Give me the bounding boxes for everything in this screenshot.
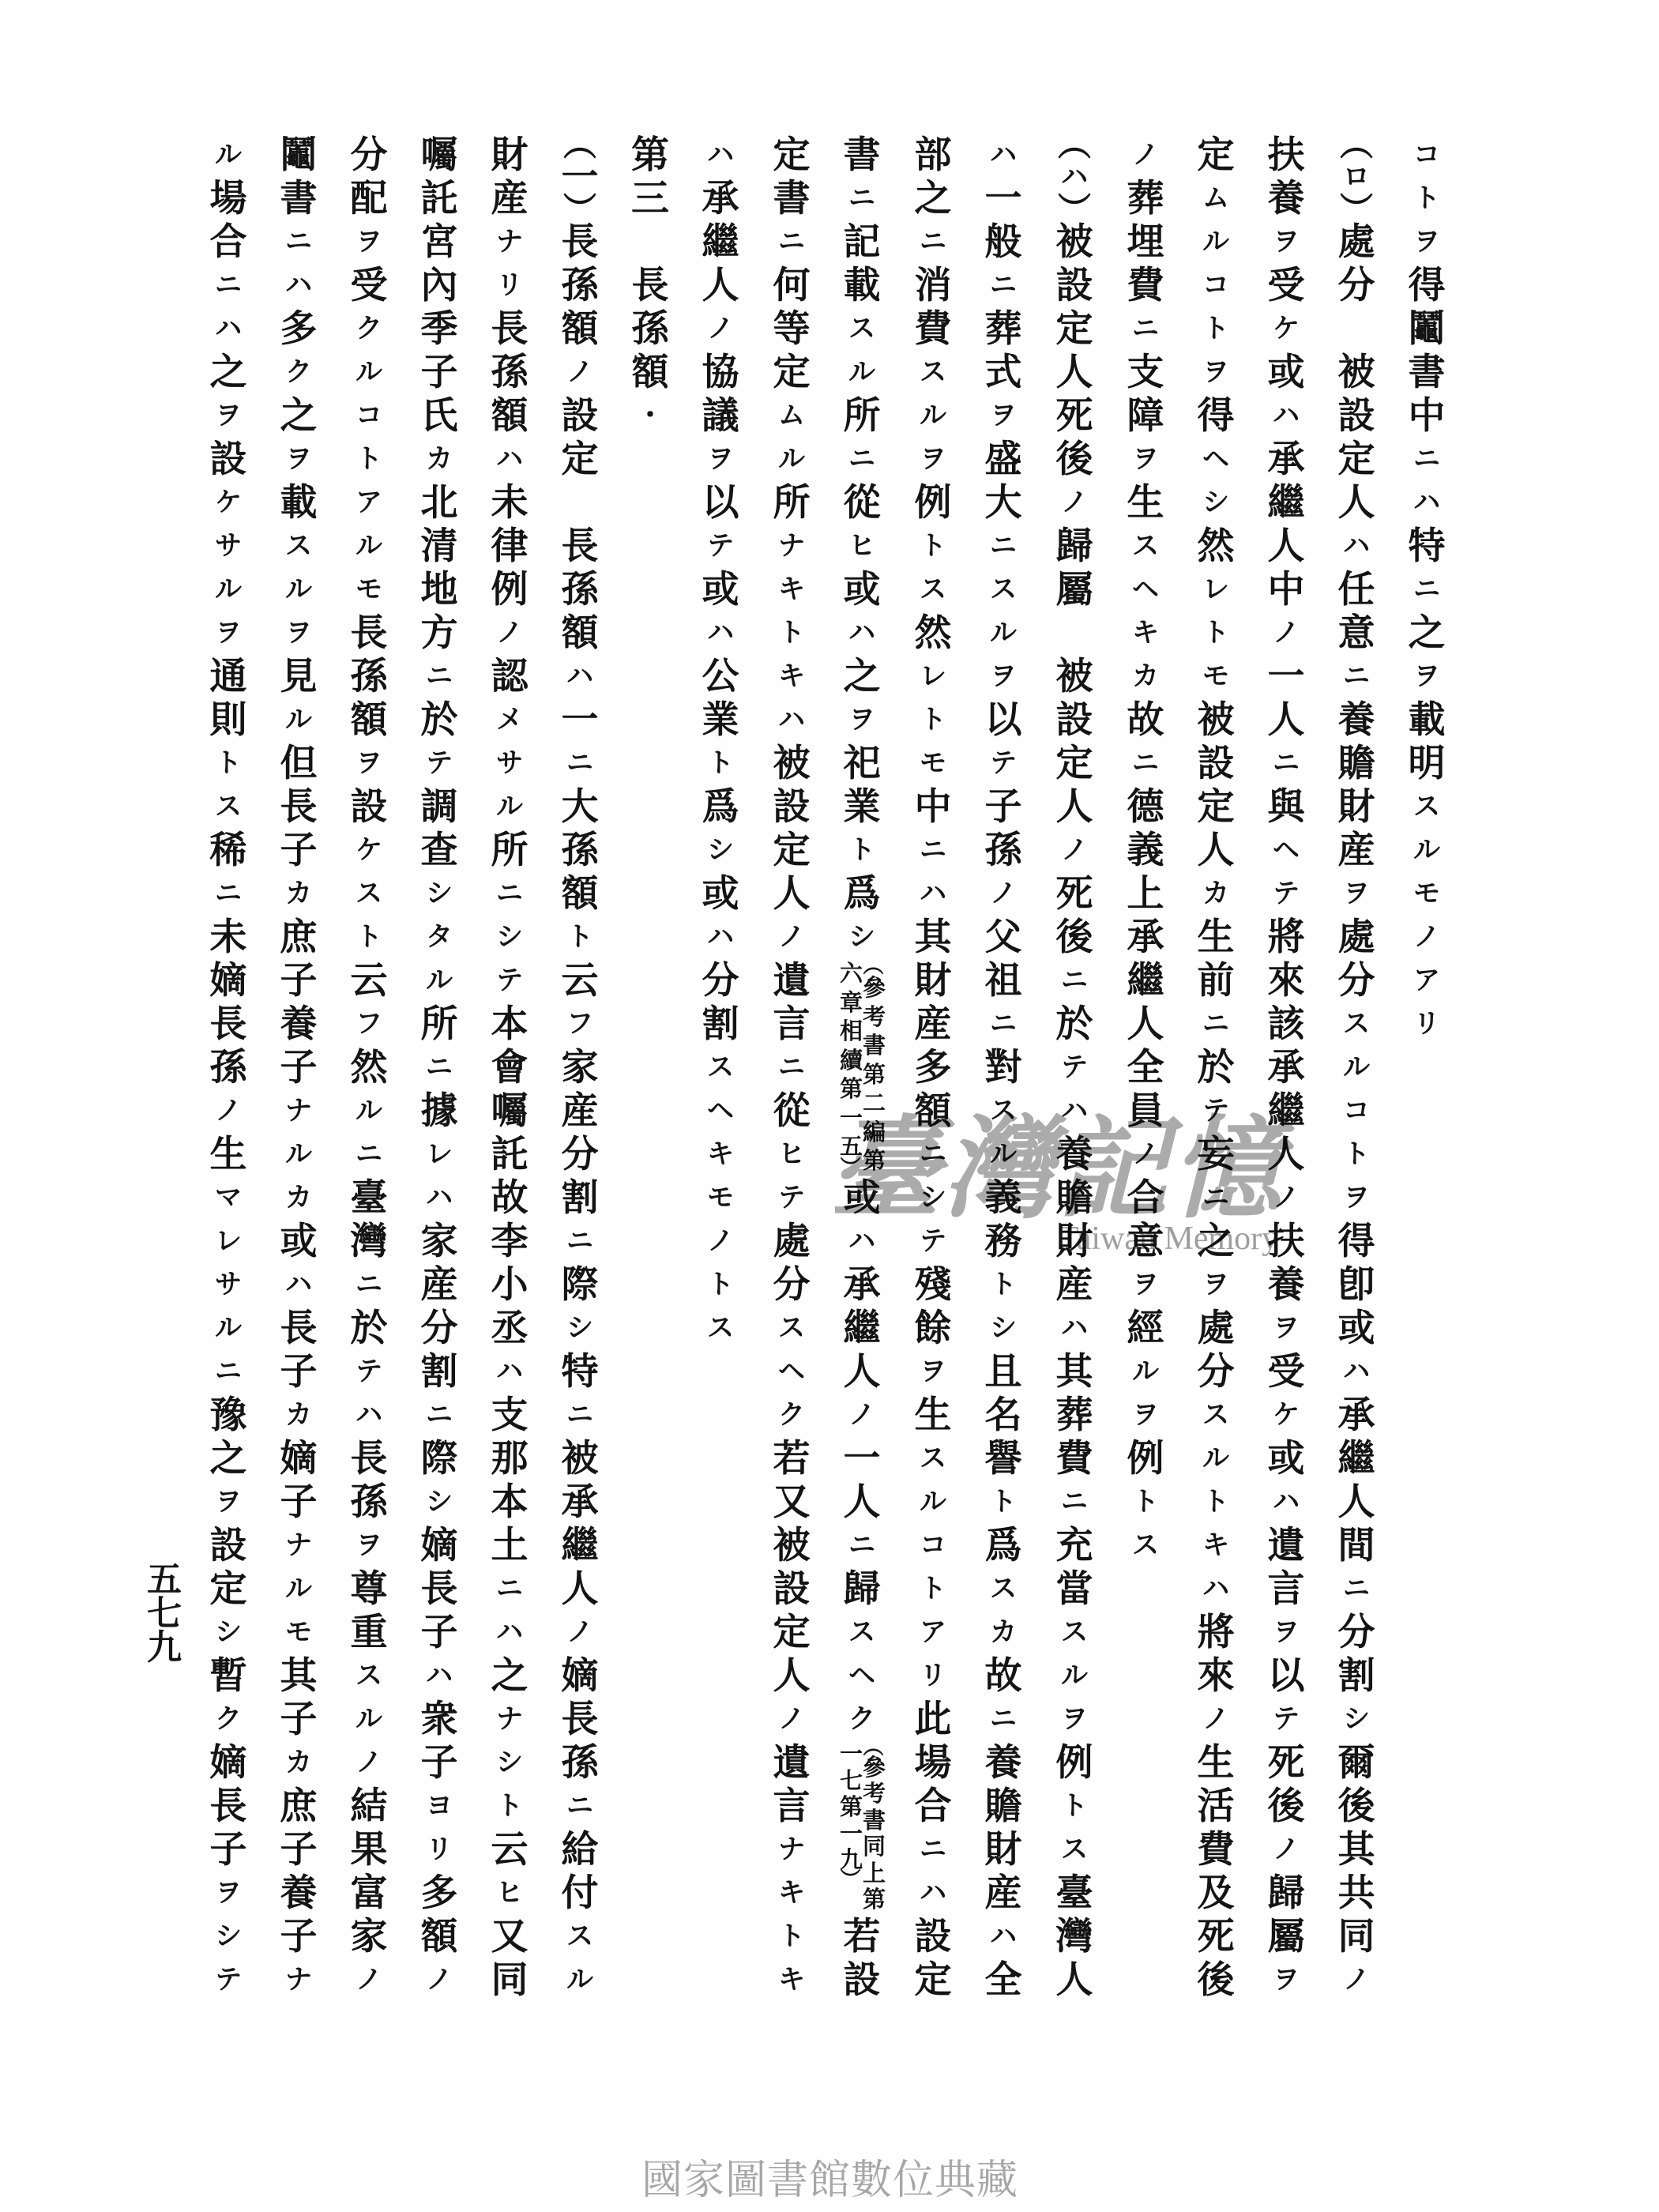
glyph: ハ (699, 916, 743, 959)
glyph: ニ (559, 742, 602, 785)
glyph: 設 (207, 438, 250, 481)
glyph: ハ (912, 1872, 955, 1915)
glyph: 中 (912, 785, 955, 829)
glyph: ノ (699, 307, 743, 351)
glyph: 將 (1194, 1611, 1238, 1654)
glyph: 所 (841, 394, 884, 438)
glyph: キ (1194, 1524, 1238, 1567)
glyph: ニ (1194, 1176, 1238, 1220)
glyph: ヲ (1194, 1263, 1238, 1307)
glyph: ル (1335, 1046, 1379, 1089)
glyph: ヲ (1265, 1958, 1308, 2002)
glyph: 繼 (1265, 1089, 1308, 1133)
glyph: ︵ (863, 959, 884, 973)
glyph: ニ (348, 1263, 391, 1307)
glyph: 土 (488, 1524, 532, 1567)
glyph: 或 (841, 1176, 884, 1220)
glyph: 考 (863, 1781, 884, 1808)
glyph: 人 (559, 1567, 602, 1611)
glyph: 承 (699, 177, 743, 220)
glyph: 養 (1053, 1133, 1097, 1176)
inline-reference-note: ︵參考書同上第 一七第一九︶ (841, 1741, 884, 1915)
glyph: ル (982, 1133, 1025, 1176)
note-left-line: 一七第一九︶ (840, 1741, 861, 1915)
glyph: 處 (1335, 916, 1379, 959)
glyph: 爲 (841, 872, 884, 916)
glyph: 消 (912, 264, 955, 307)
glyph: 三 (629, 177, 672, 220)
glyph: ト (912, 1567, 955, 1611)
glyph: ニ (277, 220, 321, 264)
note-right-line: ︵參考書第二編第 (863, 959, 884, 1176)
glyph: 中 (1405, 394, 1449, 438)
glyph: ノ (559, 1611, 602, 1654)
glyph: 或 (699, 872, 743, 916)
glyph: モ (277, 1611, 321, 1654)
glyph (1053, 611, 1097, 655)
glyph: ノ (348, 1741, 391, 1785)
glyph: ニ (1124, 307, 1168, 351)
glyph: 處 (1335, 220, 1379, 264)
glyph: 死 (1265, 1741, 1308, 1785)
glyph: ハ (559, 655, 602, 698)
glyph: 義 (982, 1176, 1025, 1220)
glyph: ニ (559, 1220, 602, 1263)
glyph: 定 (770, 134, 814, 177)
glyph: 載 (1405, 698, 1449, 742)
glyph: コ (1405, 134, 1449, 177)
glyph: 一 (840, 1821, 861, 1848)
glyph: ト (912, 525, 955, 568)
glyph: ト (1194, 611, 1238, 655)
glyph: 承 (1335, 1394, 1379, 1437)
glyph: 定 (1194, 134, 1238, 177)
glyph: 其 (1335, 1828, 1379, 1872)
glyph: ニ (770, 1046, 814, 1089)
glyph: ス (1124, 525, 1168, 568)
glyph: 或 (277, 1220, 321, 1263)
glyph: ス (1335, 1003, 1379, 1046)
glyph: レ (207, 1220, 250, 1263)
glyph: 葬 (1053, 1394, 1097, 1437)
glyph: ト (912, 698, 955, 742)
column-text: 部之ニ消費スルヲ例トス然レトモ中ニハ其財産多額ニシテ殘餘ヲ生スルコトアリ此場合ニ… (912, 134, 955, 2002)
glyph: 將 (1265, 916, 1308, 959)
glyph: ハ (1053, 1307, 1097, 1350)
glyph: ヲ (1405, 655, 1449, 698)
glyph: ヲ (207, 611, 250, 655)
glyph: 同 (488, 1958, 532, 2002)
glyph: ニ (348, 1133, 391, 1176)
glyph: 其 (1053, 1350, 1097, 1394)
glyph: 言 (770, 1003, 814, 1046)
glyph: 得 (1194, 394, 1238, 438)
glyph: 協 (699, 351, 743, 394)
glyph: 設 (770, 1567, 814, 1611)
glyph: 臺 (348, 1176, 391, 1220)
glyph: 其 (277, 1654, 321, 1698)
glyph: ヲ (1335, 1176, 1379, 1220)
glyph: 配 (348, 177, 391, 220)
glyph: 參 (863, 973, 884, 1003)
section-title: 長孫額・ (629, 220, 672, 438)
glyph (559, 481, 602, 525)
column-text: ハ承繼人ノ協議ヲ以テ或ハ公業ト爲シ或ハ分割スヘキモノトス (699, 134, 743, 1350)
glyph: 若 (841, 1915, 884, 1958)
glyph: 氏 (418, 394, 461, 438)
note-right-line: ︵參考書同上第 (863, 1741, 884, 1915)
glyph: 屬 (1053, 568, 1097, 611)
glyph: 設 (841, 1958, 884, 2002)
glyph: ヲ (912, 1350, 955, 1394)
glyph: シ (559, 1307, 602, 1350)
glyph: 子 (207, 1828, 250, 1872)
glyph: 分 (1194, 1350, 1238, 1394)
glyph: 明 (1405, 742, 1449, 785)
glyph: 考 (863, 1003, 884, 1032)
glyph: 庶 (277, 916, 321, 959)
glyph: 設 (559, 394, 602, 438)
glyph: 分 (770, 1263, 814, 1307)
glyph: キ (770, 1872, 814, 1915)
glyph: 子 (277, 1915, 321, 1958)
glyph: キ (770, 1958, 814, 2002)
glyph: 任 (1335, 568, 1379, 611)
glyph: シ (418, 1480, 461, 1524)
glyph: 載 (841, 264, 884, 307)
glyph: ヒ (770, 1133, 814, 1176)
glyph: 生 (207, 1133, 250, 1176)
glyph: 爲 (699, 785, 743, 829)
glyph: 額 (488, 394, 532, 438)
glyph: 設 (207, 1524, 250, 1567)
glyph: 家 (418, 1220, 461, 1263)
glyph: 付 (559, 1872, 602, 1915)
glyph: ニ (841, 438, 884, 481)
glyph: 長 (418, 1567, 461, 1611)
glyph: ハ (982, 1915, 1025, 1958)
glyph: 一 (840, 1741, 861, 1768)
glyph: コ (348, 394, 391, 438)
glyph: 歸 (841, 1567, 884, 1611)
glyph: 宮 (418, 220, 461, 264)
glyph: 譽 (982, 1437, 1025, 1480)
glyph: ニ (912, 829, 955, 872)
glyph: 全 (1124, 1046, 1168, 1089)
glyph: 故 (1124, 698, 1168, 742)
glyph: カ (277, 1741, 321, 1785)
glyph: ヲ (1194, 351, 1238, 394)
glyph: ハ (1265, 394, 1308, 438)
glyph: 嫡 (559, 1654, 602, 1698)
glyph: ノ (1053, 481, 1097, 525)
column-text: 書ニ記載スル所ニ從ヒ或ハ之ヲ祀業ト爲シ (841, 134, 884, 959)
glyph: 例 (1124, 1437, 1168, 1480)
glyph: ナ (277, 1958, 321, 2002)
glyph: 子 (277, 1480, 321, 1524)
glyph: ル (207, 1307, 250, 1350)
glyph: ニ (912, 1133, 955, 1176)
glyph: 於 (1053, 1003, 1097, 1046)
text-column: 扶養ヲ受ケ或ハ承繼人中ノ一人ニ與ヘテ將來該承繼人ノ扶養ヲ受ケ或ハ遺言ヲ以テ死後ノ… (1265, 134, 1308, 2002)
glyph: 餘 (912, 1307, 955, 1350)
glyph: 之 (841, 655, 884, 698)
glyph: 暫 (207, 1654, 250, 1698)
glyph: ル (348, 351, 391, 394)
glyph: ニ (841, 1524, 884, 1567)
column-text: ノ葬埋費ニ支障ヲ生スヘキカ故ニ德義上承繼人全員ノ合意ヲ經ルヲ例トス (1124, 134, 1168, 1567)
glyph: 囑 (418, 134, 461, 177)
glyph: ト (770, 611, 814, 655)
glyph: ア (912, 1611, 955, 1654)
glyph: ト (982, 1263, 1025, 1307)
glyph: シ (488, 1741, 532, 1785)
glyph: ︵ (1335, 134, 1379, 156)
glyph: ス (207, 785, 250, 829)
glyph: 子 (277, 1828, 321, 1872)
glyph: 長 (207, 1785, 250, 1828)
scanned-page: コトヲ得鬮書中ニハ特ニ之ヲ載明スルモノアリ ︵ロ︶處分被設定人ハ任意ニ養贍財産ヲ… (0, 0, 1659, 2212)
glyph: ニ (912, 1828, 955, 1872)
glyph: 繼 (1335, 1437, 1379, 1480)
glyph (629, 220, 672, 264)
glyph: 家 (559, 1046, 602, 1089)
glyph: 對 (982, 1046, 1025, 1089)
glyph: 內 (418, 264, 461, 307)
glyph: ト (1335, 1133, 1379, 1176)
glyph: ニ (418, 655, 461, 698)
glyph: 受 (348, 264, 391, 307)
glyph: ハ (1265, 1480, 1308, 1524)
glyph: テ (699, 525, 743, 568)
glyph: 子 (982, 785, 1025, 829)
glyph: 分 (418, 1307, 461, 1350)
glyph: テ (418, 742, 461, 785)
glyph: 人 (841, 1480, 884, 1524)
glyph: 務 (982, 1220, 1025, 1263)
glyph: 長 (348, 611, 391, 655)
glyph: ニ (770, 220, 814, 264)
glyph: シ (207, 1915, 250, 1958)
glyph: テ (1265, 872, 1308, 916)
glyph: 埋 (1124, 220, 1168, 264)
glyph: ス (1405, 785, 1449, 829)
glyph: ヲ (841, 698, 884, 742)
glyph: ス (277, 525, 321, 568)
glyph: 財 (912, 959, 955, 1003)
glyph: 但 (277, 742, 321, 785)
glyph: ヲ (982, 394, 1025, 438)
glyph: 果 (348, 1828, 391, 1872)
glyph: ト (982, 1480, 1025, 1524)
section-heading-column: 第三 長孫額・ (629, 134, 672, 438)
glyph: 養 (277, 1872, 321, 1915)
glyph: 定 (1053, 742, 1097, 785)
glyph: 第 (629, 134, 672, 177)
glyph: 得 (1335, 1220, 1379, 1263)
glyph: 託 (488, 1133, 532, 1176)
glyph: ク (841, 1698, 884, 1741)
glyph: 上 (1124, 872, 1168, 916)
glyph: 贍 (1335, 742, 1379, 785)
glyph: 第 (840, 1794, 861, 1821)
glyph: テ (488, 959, 532, 1003)
glyph: ヘ (1265, 829, 1308, 872)
glyph: 死 (1053, 872, 1097, 916)
text-column: 囑託宮內季子氏カ北清地方ニ於テ調查シタル所ニ據レハ家産分割ニ際シ嫡長子ハ衆子ヨリ… (418, 134, 461, 2002)
glyph: 爾 (1335, 1741, 1379, 1785)
glyph: 或 (841, 568, 884, 611)
glyph: ト (348, 916, 391, 959)
glyph: 繼 (559, 1524, 602, 1567)
glyph: ヲ (982, 655, 1025, 698)
glyph: ヒ (841, 525, 884, 568)
glyph: ル (1124, 1350, 1168, 1394)
glyph: ニ (1335, 655, 1379, 698)
glyph: 贍 (982, 1785, 1025, 1828)
glyph: ヘ (841, 1654, 884, 1698)
glyph: ル (982, 611, 1025, 655)
glyph: 據 (418, 1089, 461, 1133)
glyph: ト (1194, 307, 1238, 351)
column-text: 分配ヲ受クルコトアルモ長孫額ヲ設ケスト云フ然ルニ臺灣ニ於テハ長孫ヲ尊重スルノ結果… (348, 134, 391, 2002)
glyph: 額 (629, 351, 672, 394)
glyph: ニ (488, 872, 532, 916)
glyph: カ (1124, 655, 1168, 698)
glyph: 盛 (982, 438, 1025, 481)
glyph: 未 (207, 916, 250, 959)
glyph: モ (912, 742, 955, 785)
glyph: 前 (1194, 959, 1238, 1003)
glyph: 扶 (1265, 134, 1308, 177)
glyph: 後 (1194, 1958, 1238, 2002)
glyph: 結 (348, 1785, 391, 1828)
glyph: 活 (1194, 1785, 1238, 1828)
glyph: ア (1405, 959, 1449, 1003)
glyph: 言 (770, 1785, 814, 1828)
glyph: 灣 (348, 1220, 391, 1263)
glyph: ハ (488, 438, 532, 481)
glyph: ル (770, 438, 814, 481)
glyph: 又 (770, 1480, 814, 1524)
glyph: シ (841, 916, 884, 959)
glyph: ル (277, 698, 321, 742)
glyph: 七 (840, 1768, 861, 1795)
glyph: 之 (1194, 1220, 1238, 1263)
glyph: 孫 (629, 307, 672, 351)
glyph: ノ (1265, 1828, 1308, 1872)
glyph: 處 (1194, 1307, 1238, 1350)
glyph: ト (699, 1263, 743, 1307)
glyph: 調 (418, 785, 461, 829)
glyph: 從 (770, 1089, 814, 1133)
glyph: ノ (1405, 916, 1449, 959)
glyph: 多 (912, 1046, 955, 1089)
glyph: 然 (348, 1046, 391, 1089)
glyph: 本 (488, 1480, 532, 1524)
glyph: 一 (840, 1104, 861, 1133)
glyph: 何 (770, 264, 814, 307)
glyph: 定 (1194, 785, 1238, 829)
glyph: 定 (770, 351, 814, 394)
glyph: 財 (488, 134, 532, 177)
note-left-line: 六章相續第一五︶ (840, 959, 861, 1176)
glyph: 産 (1335, 829, 1379, 872)
glyph: 書 (770, 177, 814, 220)
glyph: コ (1194, 264, 1238, 307)
glyph: ル (277, 1567, 321, 1611)
glyph: 割 (699, 1003, 743, 1046)
glyph: ノ (488, 611, 532, 655)
glyph: 六 (840, 959, 861, 988)
text-column: ︵一︶長孫額ノ設定長孫額ハ一ニ大孫額ト云フ家産分割ニ際シ特ニ被承繼人ノ嫡長孫ニ給… (559, 134, 602, 2002)
glyph: 義 (1124, 829, 1168, 872)
glyph: 孫 (488, 351, 532, 394)
glyph: 後 (1335, 1785, 1379, 1828)
glyph: ハ (841, 611, 884, 655)
glyph: 之 (488, 1654, 532, 1698)
glyph: 鬮 (1405, 307, 1449, 351)
glyph: 葬 (982, 307, 1025, 351)
glyph: 定 (207, 1567, 250, 1611)
glyph: ヲ (348, 220, 391, 264)
glyph: 財 (982, 1828, 1025, 1872)
glyph: キ (770, 655, 814, 698)
glyph: 例 (912, 481, 955, 525)
glyph: 孫 (348, 1480, 391, 1524)
glyph: キ (699, 1133, 743, 1176)
glyph: ク (348, 307, 391, 351)
glyph: ル (418, 959, 461, 1003)
glyph: ト (348, 438, 391, 481)
glyph: 設 (1053, 698, 1097, 742)
glyph: ニ (982, 1003, 1025, 1046)
glyph: ス (770, 1307, 814, 1350)
glyph: レ (1194, 568, 1238, 611)
column-text: 扶養ヲ受ケ或ハ承繼人中ノ一人ニ與ヘテ將來該承繼人ノ扶養ヲ受ケ或ハ遺言ヲ以テ死後ノ… (1265, 134, 1308, 2002)
glyph: ス (982, 1567, 1025, 1611)
glyph: ト (1405, 177, 1449, 220)
glyph: 業 (841, 785, 884, 829)
glyph: ノ (559, 351, 602, 394)
glyph: ニ (841, 177, 884, 220)
glyph: ノ (982, 872, 1025, 916)
glyph: 人 (1053, 351, 1097, 394)
glyph: 養 (1335, 698, 1379, 742)
glyph: 際 (559, 1263, 602, 1307)
glyph: 定 (1335, 438, 1379, 481)
glyph: 承 (559, 1480, 602, 1524)
glyph: 長 (348, 1437, 391, 1480)
glyph: ハ (699, 134, 743, 177)
column-text: ハ一般ニ葬式ヲ盛大ニスルヲ以テ子孫ノ父祖ニ對スル義務トシ且名譽ト爲スカ故ニ養贍財… (982, 134, 1025, 2002)
glyph: 歸 (1053, 525, 1097, 568)
glyph: 孫 (559, 1741, 602, 1785)
text-column: 定書ニ何等定ムル所ナキトキハ被設定人ノ遺言ニ從ヒテ處分スヘク若又被設定人ノ遺言ナ… (770, 134, 814, 2002)
glyph: ハ (982, 134, 1025, 177)
glyph: 設 (1335, 394, 1379, 438)
glyph: 或 (1265, 351, 1308, 394)
glyph: 孫 (559, 568, 602, 611)
glyph: ニ (1265, 742, 1308, 785)
glyph: カ (277, 1176, 321, 1220)
glyph: 繼 (699, 220, 743, 264)
glyph: 查 (418, 829, 461, 872)
glyph: ス (1053, 1828, 1097, 1872)
glyph: ハ (277, 264, 321, 307)
glyph: 費 (1053, 1437, 1097, 1480)
text-column: 書ニ記載スル所ニ從ヒ或ハ之ヲ祀業ト爲シ ︵參考書第二編第 六章相續第一五︶ 或ハ… (841, 134, 884, 2002)
